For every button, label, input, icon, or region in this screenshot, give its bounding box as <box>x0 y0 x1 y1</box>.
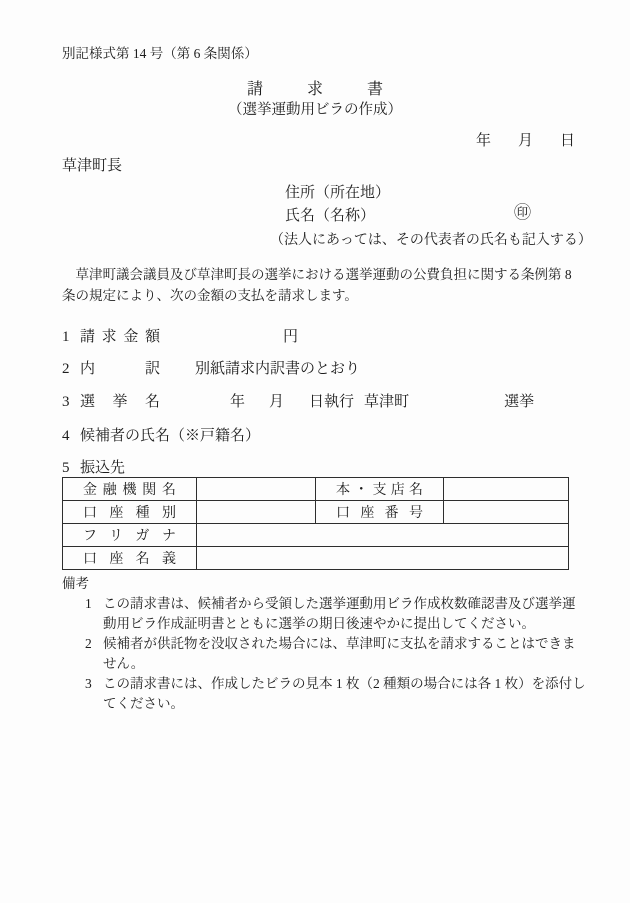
item-number: 3 <box>62 393 80 412</box>
yen-suffix: 円 <box>283 329 298 345</box>
note-text: 候補者が供託物を没収された場合には、草津町に支払を請求することはできま せん。 <box>103 634 576 674</box>
item-label: 請求金額 <box>80 328 160 347</box>
account-holder-field <box>197 547 569 570</box>
branch-name-label: 本・支店名 <box>316 478 444 501</box>
item-transfer-destination: 5振込先 <box>62 459 125 478</box>
furigana-field <box>197 524 569 547</box>
table-row: 金融機関名 本・支店名 <box>63 478 569 501</box>
addressee: 草津町長 <box>62 157 122 176</box>
item-number: 1 <box>62 328 80 347</box>
body-paragraph-line2: 条の規定により、次の金額の支払を請求します。 <box>62 285 570 306</box>
town-name: 草津町 <box>364 394 409 410</box>
date-year-label: 年 <box>476 133 491 149</box>
remark-note-3: 3 この請求書には、作成したビラの見本 1 枚（2 種類の場合には各 1 枚）を… <box>62 674 570 714</box>
address-label: 住所（所在地） <box>285 184 390 207</box>
exec-year-label: 年 <box>230 394 245 410</box>
item-text: 候補者の氏名（※戸籍名） <box>80 428 260 444</box>
name-label: 氏名（名称） <box>285 207 390 230</box>
seal-mark-icon: ㊞ <box>514 202 531 223</box>
note-number: 3 <box>85 674 103 714</box>
account-number-label: 口座番号 <box>316 501 444 524</box>
election-suffix: 選挙 <box>504 394 534 410</box>
note-number: 2 <box>85 634 103 674</box>
item-claim-amount: 1請求金額円 <box>62 328 298 347</box>
exec-day-label: 日執行 <box>309 394 354 410</box>
breakdown-value: 別紙請求内訳書のとおり <box>195 361 360 377</box>
item-candidate-name: 4候補者の氏名（※戸籍名） <box>62 427 260 446</box>
branch-name-field <box>444 478 569 501</box>
address-name-block: 住所（所在地） 氏名（名称） <box>285 184 390 230</box>
item-number: 4 <box>62 427 80 446</box>
remark-note-1: 1 この請求書は、候補者から受領した選挙運動用ビラ作成枚数確認書及び選挙運 動用… <box>62 594 570 634</box>
item-number: 5 <box>62 459 80 478</box>
note-text: この請求書は、候補者から受領した選挙運動用ビラ作成枚数確認書及び選挙運 動用ビラ… <box>103 594 576 634</box>
item-label: 選挙名 <box>80 393 160 412</box>
exec-month-label: 月 <box>269 394 284 410</box>
body-paragraph: 草津町議会議員及び草津町長の選挙における選挙運動の公費負担に関する条例第 8 条… <box>62 264 570 306</box>
account-holder-label: 口座名義 <box>63 547 197 570</box>
furigana-label: フリガナ <box>63 524 197 547</box>
item-breakdown: 2内訳別紙請求内訳書のとおり <box>62 360 360 379</box>
table-row: 口座種別 口座番号 <box>63 501 569 524</box>
document-page: 別記様式第 14 号（第 6 条関係） 請求書 （選挙運動用ビラの作成） 年月日… <box>0 0 630 903</box>
item-election-name: 3選挙名年月日執行草津町選挙 <box>62 393 534 412</box>
remarks-section: 備考 1 この請求書は、候補者から受領した選挙運動用ビラ作成枚数確認書及び選挙運… <box>62 574 570 714</box>
note-number: 1 <box>85 594 103 634</box>
item-number: 2 <box>62 360 80 379</box>
bank-name-field <box>197 478 316 501</box>
bank-transfer-table: 金融機関名 本・支店名 口座種別 口座番号 フリガナ 口座名義 <box>62 477 569 570</box>
body-paragraph-line1: 草津町議会議員及び草津町長の選挙における選挙運動の公費負担に関する条例第 8 <box>62 264 570 285</box>
item-text: 振込先 <box>80 460 125 476</box>
remark-note-2: 2 候補者が供託物を没収された場合には、草津町に支払を請求することはできま せん… <box>62 634 570 674</box>
account-number-field <box>444 501 569 524</box>
date-month-label: 月 <box>518 133 533 149</box>
remarks-heading: 備考 <box>62 574 570 594</box>
doc-title: 請求書 <box>0 80 630 100</box>
note-text: この請求書には、作成したビラの見本 1 枚（2 種類の場合には各 1 枚）を添付… <box>103 674 586 714</box>
account-type-field <box>197 501 316 524</box>
account-type-label: 口座種別 <box>63 501 197 524</box>
form-id: 別記様式第 14 号（第 6 条関係） <box>62 46 258 63</box>
date-day-label: 日 <box>560 133 575 149</box>
corporate-note: （法人にあっては、その代表者の氏名も記入する） <box>270 232 592 250</box>
item-label: 内訳 <box>80 360 160 379</box>
bank-name-label: 金融機関名 <box>63 478 197 501</box>
table-row: 口座名義 <box>63 547 569 570</box>
doc-subtitle: （選挙運動用ビラの作成） <box>0 101 630 119</box>
table-row: フリガナ <box>63 524 569 547</box>
date-line: 年月日 <box>0 132 575 151</box>
